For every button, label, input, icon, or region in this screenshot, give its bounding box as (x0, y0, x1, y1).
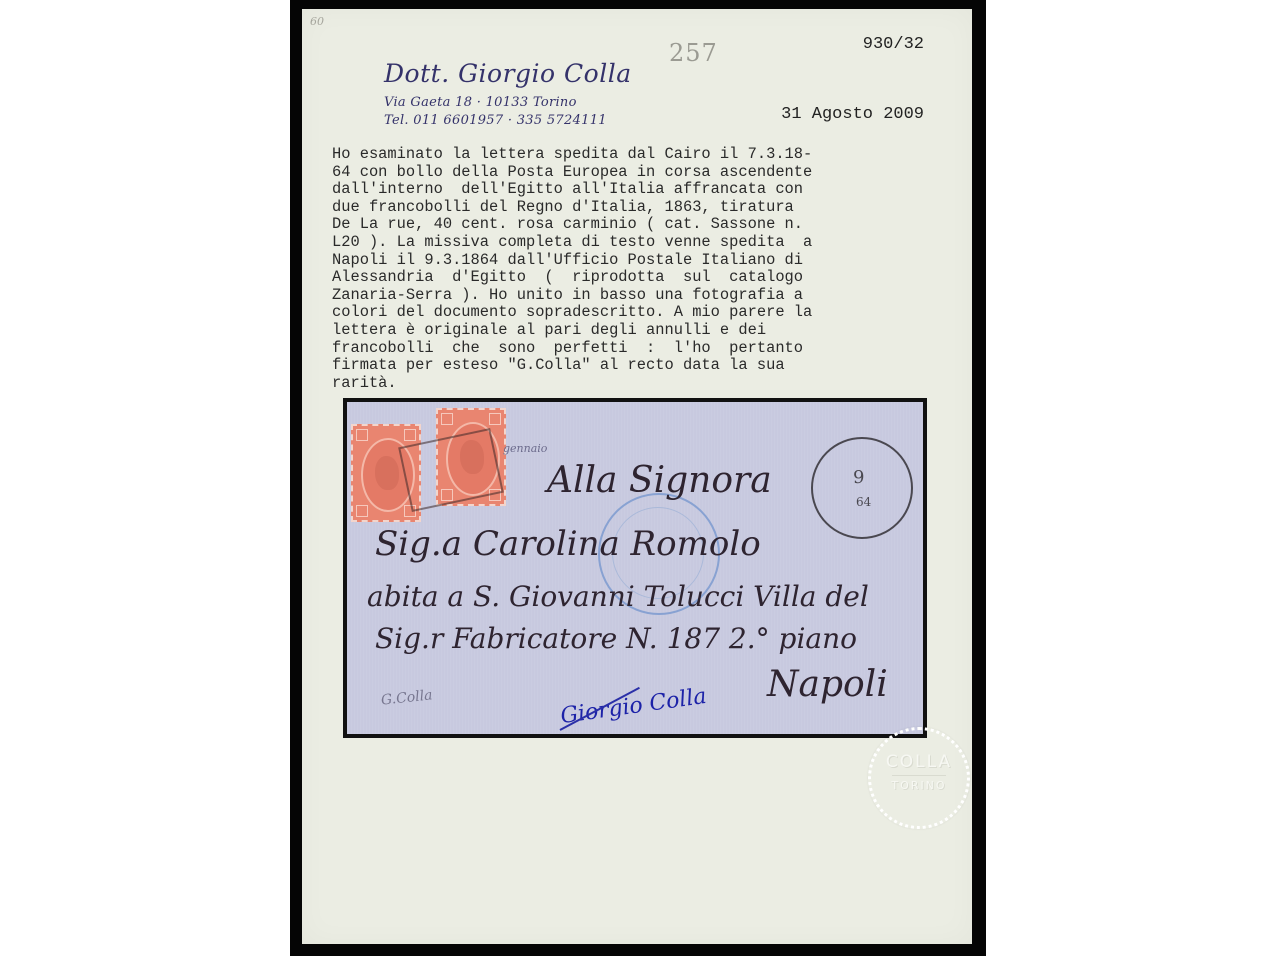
body-line: De La rue, 40 cent. rosa carminio ( cat.… (332, 216, 925, 234)
address-line: Sig.r Fabricatore N. 187 2.° piano (375, 622, 857, 655)
postmark-day: 9 (853, 467, 864, 488)
body-line: dall'interno dell'Egitto all'Italia affr… (332, 181, 925, 199)
stamp-corner (489, 413, 501, 425)
expert-phone: Tel. 011 6601957 · 335 5724111 (384, 112, 632, 130)
body-line: francobolli che sono perfetti : l'ho per… (332, 340, 925, 358)
body-line: 64 con bollo della Posta Europea in cors… (332, 164, 925, 182)
body-line: rarità. (332, 375, 925, 393)
king-portrait-icon (375, 456, 399, 490)
emboss-line1: COLLA (871, 752, 967, 772)
body-line: Alessandria d'Egitto ( riprodotta sul ca… (332, 269, 925, 287)
body-line: Zanaria-Serra ). Ho unito in basso una f… (332, 287, 925, 305)
body-line: lettera è originale al pari degli annull… (332, 322, 925, 340)
address-line: Napoli (767, 664, 888, 705)
stamp-corner (404, 429, 416, 441)
pencil-signature: G.Colla (380, 687, 433, 708)
address-line: abita a S. Giovanni Tolucci Villa del (367, 580, 869, 613)
pencil-lot-number: 257 (669, 39, 718, 67)
emboss-rule (892, 775, 946, 776)
envelope-photo: gennaio 9 64 Alla Signora Sig.a Carolina… (343, 398, 927, 738)
certificate-number: 930/32 (863, 35, 924, 54)
body-line: L20 ). La missiva completa di testo venn… (332, 234, 925, 252)
expert-address: Via Gaeta 18 · 10133 Torino (384, 94, 632, 112)
postmark-alessandria: 9 64 (811, 437, 913, 539)
postmark-year: 64 (856, 495, 871, 509)
stamp-corner (356, 505, 368, 517)
certificate-body: Ho esaminato la lettera spedita dal Cair… (332, 146, 925, 392)
stamp-corner (441, 413, 453, 425)
emboss-line2: TORINO (871, 779, 967, 792)
body-line: firmata per esteso "G.Colla" al recto da… (332, 357, 925, 375)
body-line: colori del documento sopradescritto. A m… (332, 304, 925, 322)
address-line: Alla Signora (547, 460, 772, 501)
envelope-cover: gennaio 9 64 Alla Signora Sig.a Carolina… (347, 402, 923, 734)
pencil-mark-corner: 60 (310, 15, 324, 28)
letterhead: Dott. Giorgio Colla Via Gaeta 18 · 10133… (384, 59, 632, 130)
emboss-seal: COLLA TORINO (868, 727, 970, 829)
body-line: Ho esaminato la lettera spedita dal Cair… (332, 146, 925, 164)
certificate-date: 31 Agosto 2009 (781, 105, 924, 124)
pencil-note: gennaio (503, 442, 547, 455)
stamp-corner (356, 429, 368, 441)
expert-name: Dott. Giorgio Colla (384, 59, 632, 88)
body-line: due francobolli del Regno d'Italia, 1863… (332, 199, 925, 217)
body-line: Napoli il 9.3.1864 dall'Ufficio Postale … (332, 252, 925, 270)
address-line: Sig.a Carolina Romolo (375, 524, 761, 564)
certificate-page: 60 257 930/32 Dott. Giorgio Colla Via Ga… (302, 9, 972, 944)
